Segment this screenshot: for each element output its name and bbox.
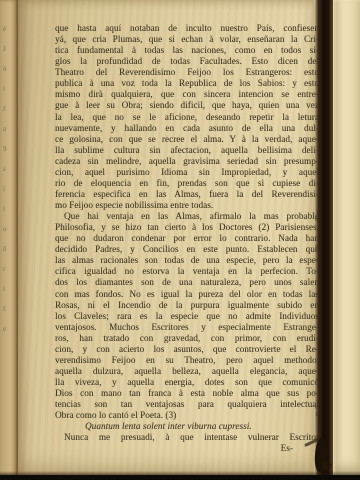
text-line: lla viveza, y aquella energia, dotes son… [55,377,319,388]
text-line: las almas racionales son todas de una es… [55,255,319,266]
bleed-through-glyph: s [3,166,18,173]
catchword: Es- [55,443,319,454]
text-line: glos la profundidad de todas Facultades.… [55,56,319,67]
bleed-through-glyph: o [3,226,18,233]
text-line: que no dudaron condenar por error lo con… [55,233,319,244]
text-line: rio de eloquencia en fin, prendas son qu… [55,178,319,189]
text-line: Rosas, ni el Incendio de la purpura igua… [55,300,319,311]
bleed-through-glyph: 9 [3,146,18,153]
text-line: Obra como lo cantó el Poeta. (3) [55,410,319,421]
book-page: que hasta aquí notaban de inculto nuestr… [18,0,314,475]
bleed-through-glyph: J [3,46,18,53]
text-line: cion, aquel purisimo Idioma sin Impropie… [55,167,319,178]
bleed-through-glyph: l [3,206,18,213]
text-line: mo Feijoo especie nobilissima entre toda… [55,200,319,211]
text-line: cadeza sin melindre, aquella gravisima s… [55,156,319,167]
text-line: cion, y con acierto los asuntos, que con… [55,344,319,355]
text-line: tencias son tan ventajosas para qualquie… [55,399,319,410]
text-line: yá, que cria Plumas, que si echan à vola… [55,34,319,45]
bleed-through-glyph: a [3,126,18,133]
text-line: tica fundamental à todas las naciones, c… [55,45,319,56]
text-line: dos los diamantes son de una naturaleza,… [55,277,319,288]
page-stack-fore-edge [333,0,360,475]
bleed-through-glyph: f [3,106,18,113]
text-line: ferencia especifica en las Almas, fuera … [55,189,319,200]
text-line: Nunca me presuadi, à que intentase vulne… [55,432,319,443]
text-line: nuevamente, y hallando en cada asunto de… [55,123,319,134]
text-line: Quantum lenta solent inter viburna cupre… [55,421,319,432]
book-photo: éJóifa9siloñrife que hasta aquí notaban … [0,0,360,480]
text-line: lla sublime cultura sin afectacion, aque… [55,145,319,156]
text-line: ce golosina, con que se recree el alma. … [55,134,319,145]
text-line: Philosofia, y se hizo tan cierto à los D… [55,222,319,233]
bleed-through-glyph: ó [3,66,18,73]
text-line: Dios con mano tan franca à esta noble al… [55,388,319,399]
text-line: ros, han tratado con gravedad, con primo… [55,333,319,344]
text-line: decidido Padres, y Concilios en este pun… [55,244,319,255]
text-line: los Claveles; rara es la especie que no … [55,311,319,322]
bleed-through-glyph: r [3,266,18,273]
gutter-shadow [314,0,333,475]
facing-page-edge: éJóifa9siloñrife [0,0,18,475]
text-line: gue à leer su Obra; siendo dificil, que … [55,100,319,111]
bleed-through-glyph: i [3,86,18,93]
text-line: verendisimo Feijoo en su Theatro, pero a… [55,355,319,366]
bleed-through-glyph: ñ [3,246,18,253]
text-line: con mas fondos. No es igual la pureza de… [55,289,319,300]
bleed-through-glyph: f [3,306,18,313]
text-line: que hasta aquí notaban de inculto nuestr… [55,23,319,34]
text-line: Theatro del Reverendisimo Feijoo los Est… [55,67,319,78]
text-line: ventajosos. Muchos Escritores y especial… [55,322,319,333]
text-line: la lea, que no se le aficione, deseando … [55,112,319,123]
bleed-through-glyph: i [3,286,18,293]
page-text-block: que hasta aquí notaban de inculto nuestr… [55,23,319,454]
text-line: mismo dirà qualquiera, que con sincera i… [55,89,319,100]
text-line: Que hai ventaja en las Almas, afirmalo l… [55,211,319,222]
text-line: cifica igualdad no estorva la ventaja en… [55,266,319,277]
bleed-through-glyph: é [3,26,18,33]
table-surface [0,475,360,480]
text-line: aquella dulzura, aquella belleza, aquell… [55,366,319,377]
bleed-through-glyph: i [3,186,18,193]
bleed-through-glyph: e [3,326,18,333]
text-line: publica à una voz toda la Republica de l… [55,78,319,89]
